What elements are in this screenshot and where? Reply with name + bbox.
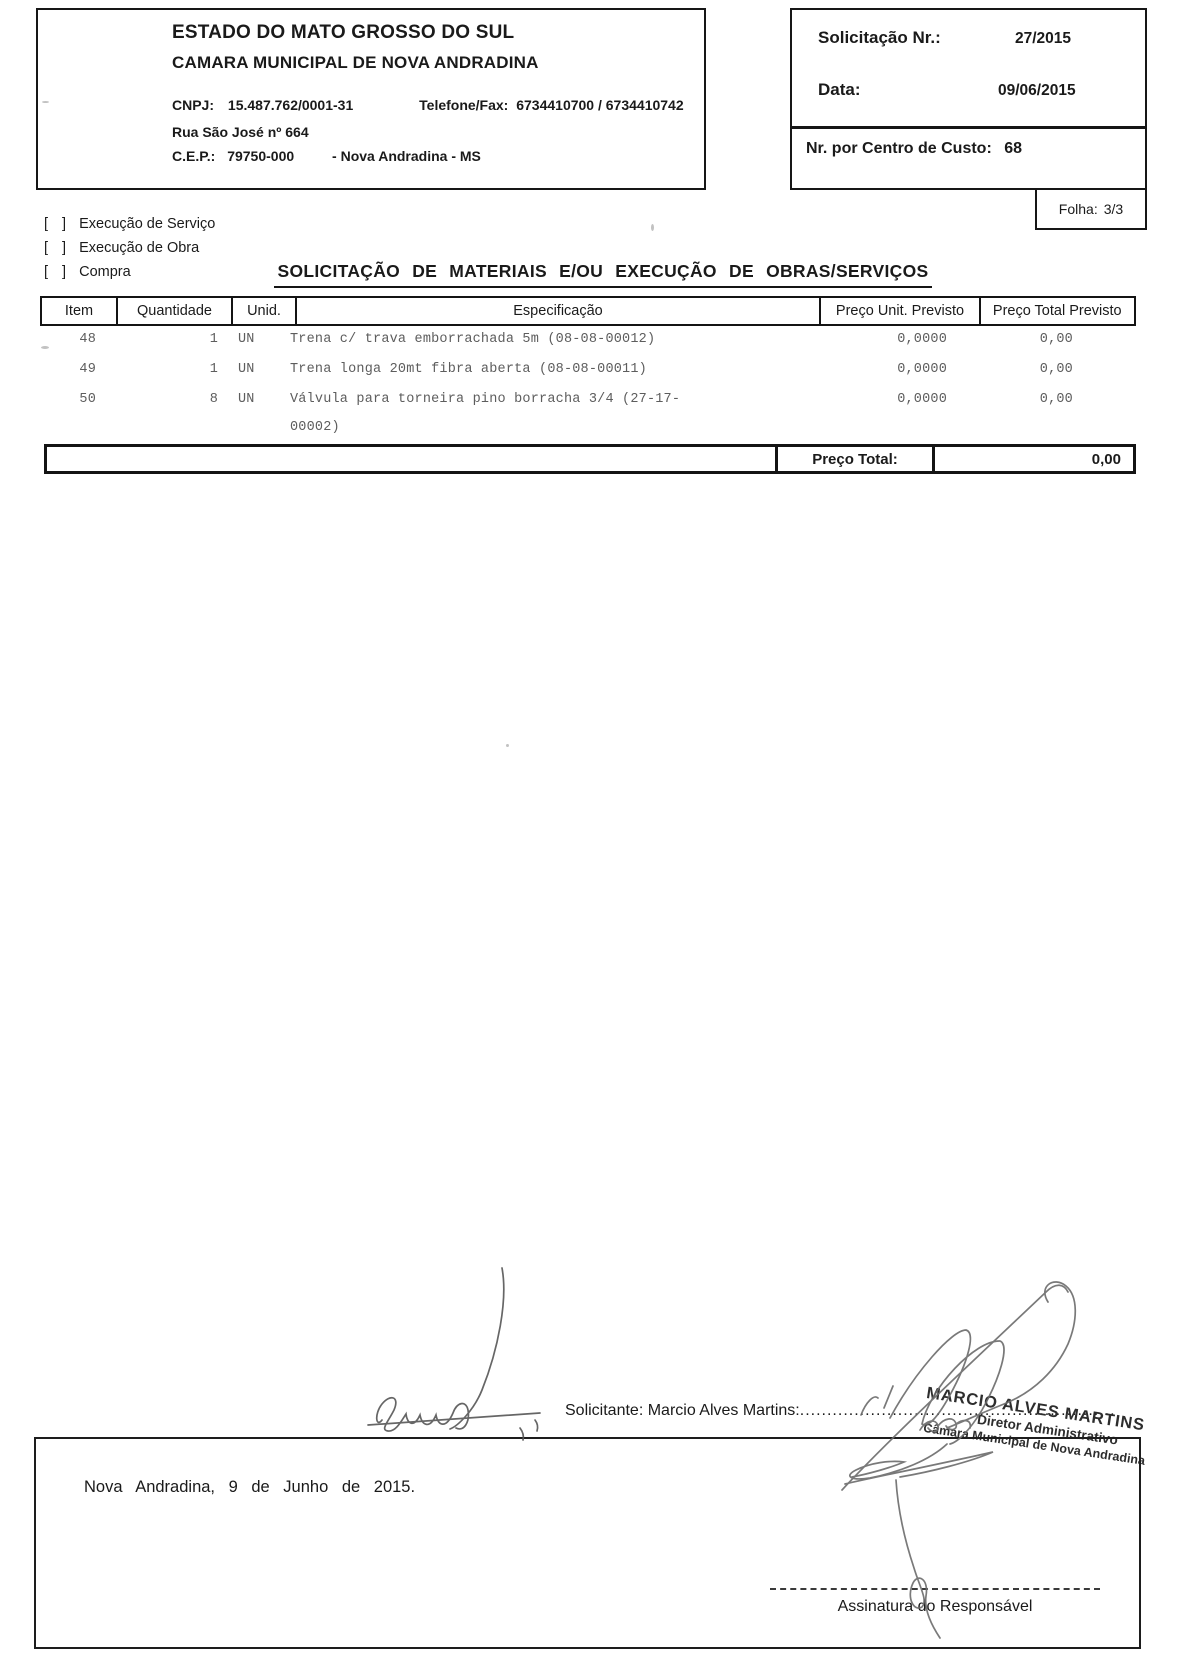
checkbox-row-compra: [] Compra <box>44 264 131 280</box>
column-header-item: Item <box>40 296 118 326</box>
total-empty-cell <box>44 444 778 474</box>
cnpj-value: 15.487.762/0001-31 <box>228 97 353 113</box>
cell-especificacao: Trena c/ trava emborrachada 5m (08-08-00… <box>290 332 655 347</box>
cep-line: C.E.P.: 79750-000 - Nova Andradina - MS <box>172 148 481 164</box>
folha-box: Folha: 3/3 <box>1035 188 1147 230</box>
signature-box <box>34 1437 1141 1649</box>
solicitacao-label: Solicitação Nr.: <box>818 28 941 48</box>
signature-dashed-line <box>770 1588 1100 1590</box>
solicitante-label: Solicitante: Marcio Alves Martins: <box>565 1402 800 1419</box>
total-row: Preço Total: 0,00 <box>44 444 1136 474</box>
column-header-especificacao: Especificação <box>295 296 822 326</box>
cell-item: 50 <box>40 392 96 407</box>
cell-preco-total: 0,00 <box>920 392 1073 407</box>
table-row: 50 8 UN Válvula para torneira pino borra… <box>40 392 1136 422</box>
table-header-row: Item Quantidade Unid. Especificação Preç… <box>40 296 1136 326</box>
scan-speck <box>651 224 654 231</box>
checkbox-compra: [ <box>44 264 48 280</box>
cell-unid: UN <box>238 362 284 377</box>
cnpj-line: CNPJ: 15.487.762/0001-31 Telefone/Fax: 6… <box>172 97 684 113</box>
column-header-preco-unit: Preço Unit. Previsto <box>819 296 981 326</box>
data-label: Data: <box>818 80 861 100</box>
checkbox-bracket-close: ] <box>62 264 66 280</box>
checkbox-row-execucao-servico: [] Execução de Serviço <box>44 216 215 232</box>
organization-name: CAMARA MUNICIPAL DE NOVA ANDRADINA <box>172 53 539 73</box>
cell-quantidade: 1 <box>100 362 218 377</box>
centro-custo-line: Nr. por Centro de Custo: 68 <box>806 140 1022 158</box>
cell-unid: UN <box>238 332 284 347</box>
checkbox-bracket-close: ] <box>62 216 66 232</box>
scan-speck <box>506 744 509 747</box>
state-name: ESTADO DO MATO GROSSO DO SUL <box>172 22 514 44</box>
phone-value: 6734410700 / 6734410742 <box>516 97 683 113</box>
column-header-quantidade: Quantidade <box>116 296 234 326</box>
checkbox-execucao-servico: [ <box>44 216 48 232</box>
cell-preco-unit: 0,0000 <box>730 332 947 347</box>
cell-preco-unit: 0,0000 <box>730 392 947 407</box>
total-label: Preço Total: <box>775 444 935 474</box>
cell-especificacao-line2: 00002) <box>290 420 340 435</box>
column-header-preco-total: Preço Total Previsto <box>979 296 1137 326</box>
scanned-document-page: ESTADO DO MATO GROSSO DO SUL CAMARA MUNI… <box>0 0 1200 1667</box>
checkbox-row-execucao-obra: [] Execução de Obra <box>44 240 199 256</box>
cell-preco-total: 0,00 <box>920 332 1073 347</box>
checkbox-bracket-close: ] <box>62 240 66 256</box>
checkbox-label-compra: Compra <box>79 264 131 280</box>
checkbox-label-execucao-servico: Execução de Serviço <box>79 216 215 232</box>
folha-value: 3/3 <box>1104 201 1123 217</box>
cep-label: C.E.P.: <box>172 148 215 164</box>
date-line: Nova Andradina, 9 de Junho de 2015. <box>84 1478 415 1497</box>
scan-speck <box>41 346 49 349</box>
cell-quantidade: 1 <box>100 332 218 347</box>
centro-custo-value: 68 <box>1004 140 1022 157</box>
checkbox-label-execucao-obra: Execução de Obra <box>79 240 199 256</box>
centro-custo-label: Nr. por Centro de Custo: <box>806 140 992 157</box>
cell-quantidade: 8 <box>100 392 218 407</box>
cell-preco-unit: 0,0000 <box>730 362 947 377</box>
solicitacao-number: 27/2015 <box>1015 30 1071 48</box>
cell-unid: UN <box>238 392 284 407</box>
total-value: 0,00 <box>932 444 1136 474</box>
checkbox-execucao-obra: [ <box>44 240 48 256</box>
table-row: 49 1 UN Trena longa 20mt fibra aberta (0… <box>40 362 1136 392</box>
column-header-unid: Unid. <box>231 296 297 326</box>
cell-especificacao: Válvula para torneira pino borracha 3/4 … <box>290 392 680 407</box>
cell-preco-total: 0,00 <box>920 362 1073 377</box>
document-title-text: SOLICITAÇÃO DE MATERIAIS E/OU EXECUÇÃO D… <box>274 261 933 288</box>
document-title: SOLICITAÇÃO DE MATERIAIS E/OU EXECUÇÃO D… <box>240 261 966 288</box>
city-value: - Nova Andradina - MS <box>332 148 481 164</box>
cnpj-label: CNPJ: <box>172 97 214 113</box>
cell-item: 49 <box>40 362 96 377</box>
address-line: Rua São José nº 664 <box>172 124 309 140</box>
cep-value: 79750-000 <box>227 148 294 164</box>
folha-label: Folha: <box>1059 201 1098 217</box>
cell-item: 48 <box>40 332 96 347</box>
scan-speck <box>42 101 49 103</box>
signature-small <box>368 1268 540 1440</box>
phone-label: Telefone/Fax: <box>419 97 508 113</box>
request-box-divider <box>790 126 1145 129</box>
table-row: 48 1 UN Trena c/ trava emborrachada 5m (… <box>40 332 1136 362</box>
data-value: 09/06/2015 <box>998 82 1076 100</box>
cell-especificacao: Trena longa 20mt fibra aberta (08-08-000… <box>290 362 647 377</box>
assinatura-label: Assinatura do Responsável <box>770 1598 1100 1616</box>
